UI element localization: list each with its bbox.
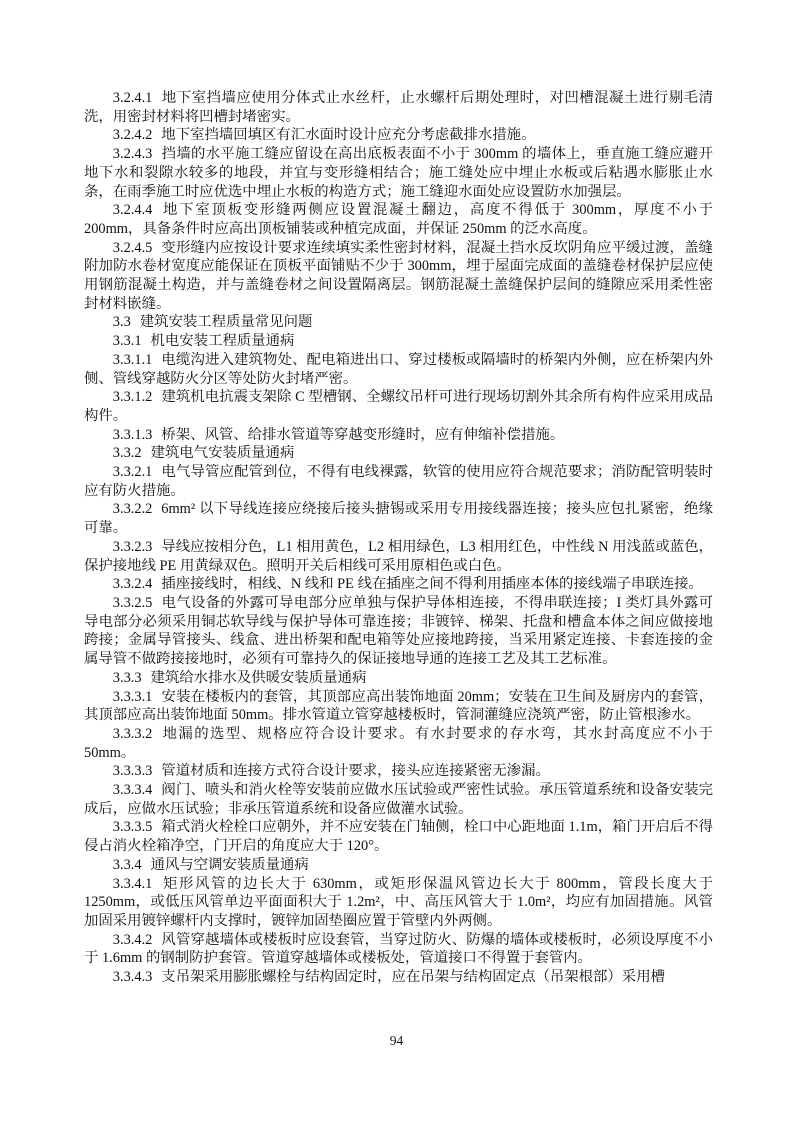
clause-text: 地下室顶板变形缝两侧应设置混凝土翻边，高度不得低于 300mm，厚度不小于 20… [84, 202, 713, 237]
clause-text: 6mm² 以下导线连接应绕接后接头搪锡或采用专用接线器连接；接头应包扎紧密，绝缘… [84, 501, 713, 536]
clause-text: 通风与空调安装质量通病 [151, 857, 309, 873]
paragraph-3-3-4: 3.3.4通风与空调安装质量通病 [84, 856, 713, 875]
clause-number: 3.3.3 [113, 670, 142, 686]
paragraph-3-2-4-2: 3.2.4.2地下室挡墙回填区有汇水面时设计应充分考虑截排水措施。 [84, 126, 713, 145]
clause-text: 箱式消火栓栓口应朝外，并不应安装在门轴侧，栓口中心距地面 1.1m，箱门开启后不… [84, 819, 713, 854]
paragraph-3-3-4-3: 3.3.4.3支吊架采用膨胀螺栓与结构固定时，应在吊架与结构固定点（吊架根部）采… [84, 968, 713, 987]
paragraph-3-3-3-3: 3.3.3.3管道材质和连接方式符合设计要求，接头应连接紧密无渗漏。 [84, 762, 713, 781]
clause-text: 地下室挡墙回填区有汇水面时设计应充分考虑截排水措施。 [161, 127, 535, 143]
clause-text: 电缆沟进入建筑物处、配电箱进出口、穿过楼板或隔墙时的桥架内外侧，应在桥架内外侧、… [84, 352, 713, 387]
paragraph-3-3-1-2: 3.3.1.2建筑机电抗震支架除 C 型槽钢、全螺纹吊杆可进行现场切割外其余所有… [84, 388, 713, 425]
page-number: 94 [0, 1033, 793, 1049]
clause-number: 3.3.1.3 [113, 427, 153, 443]
clause-number: 3.3.1.1 [113, 352, 153, 368]
clause-text: 风管穿越墙体或楼板时应设套管，当穿过防火、防爆的墙体或楼板时，必须设厚度不小于 … [84, 932, 713, 967]
paragraph-3-3-3-2: 3.3.3.2地漏的选型、规格应符合设计要求。有水封要求的存水弯，其水封高度应不… [84, 725, 713, 762]
clause-text: 建筑机电抗震支架除 C 型槽钢、全螺纹吊杆可进行现场切割外其余所有构件应采用成品… [84, 389, 713, 424]
clause-text: 管道材质和连接方式符合设计要求，接头应连接紧密无渗漏。 [161, 763, 550, 779]
paragraph-3-3-3-1: 3.3.3.1安装在楼板内的套管，其顶部应高出装饰地面 20mm；安装在卫生间及… [84, 688, 713, 725]
paragraph-3-2-4-1: 3.2.4.1地下室挡墙应使用分体式止水丝杆，止水螺杆后期处理时，对凹槽混凝土进… [84, 89, 713, 126]
clause-number: 3.3.2.1 [113, 464, 153, 480]
paragraph-3-3-4-2: 3.3.4.2风管穿越墙体或楼板时应设套管，当穿过防火、防爆的墙体或楼板时，必须… [84, 931, 713, 968]
clause-number: 3.3.1.2 [113, 389, 153, 405]
clause-text: 建筑给水排水及供暖安装质量通病 [151, 670, 367, 686]
paragraph-3-3-2-1: 3.3.2.1电气导管应配管到位，不得有电线裸露，软管的使用应符合规范要求；消防… [84, 463, 713, 500]
paragraph-3-3-2-3: 3.3.2.3导线应按相分色，L1 相用黄色，L2 相用绿色，L3 相用红色，中… [84, 538, 713, 575]
document-body: 3.2.4.1地下室挡墙应使用分体式止水丝杆，止水螺杆后期处理时，对凹槽混凝土进… [84, 89, 713, 987]
clause-number: 3.3.3.5 [113, 819, 153, 835]
document-page: 3.2.4.1地下室挡墙应使用分体式止水丝杆，止水螺杆后期处理时，对凹槽混凝土进… [0, 0, 793, 1122]
clause-text: 导线应按相分色，L1 相用黄色，L2 相用绿色，L3 相用红色，中性线 N 用浅… [84, 539, 713, 574]
clause-number: 3.3.3.4 [113, 782, 153, 798]
paragraph-3-2-4-4: 3.2.4.4地下室顶板变形缝两侧应设置混凝土翻边，高度不得低于 300mm，厚… [84, 201, 713, 238]
clause-number: 3.3.3.1 [113, 689, 153, 705]
paragraph-3-3-3-5: 3.3.3.5箱式消火栓栓口应朝外，并不应安装在门轴侧，栓口中心距地面 1.1m… [84, 818, 713, 855]
paragraph-3-3-4-1: 3.3.4.1矩形风管的边长大于 630mm，或矩形保温风管边长大于 800mm… [84, 875, 713, 931]
paragraph-3-2-4-3: 3.2.4.3挡墙的水平施工缝应留设在高出底板表面不小于 300mm 的墙体上，… [84, 145, 713, 201]
paragraph-3-3-3: 3.3.3建筑给水排水及供暖安装质量通病 [84, 669, 713, 688]
clause-text: 阀门、喷头和消火栓等安装前应做水压试验或严密性试验。承压管道系统和设备安装完成后… [84, 782, 713, 817]
clause-number: 3.3.3.2 [113, 726, 153, 742]
paragraph-3-3-1-3: 3.3.1.3桥架、风管、给排水管道等穿越变形缝时，应有伸缩补偿措施。 [84, 426, 713, 445]
clause-number: 3.2.4.1 [113, 90, 153, 106]
clause-number: 3.2.4.3 [113, 146, 153, 162]
clause-text: 电气设备的外露可导电部分应单独与保护导体相连接，不得串联连接；I 类灯具外露可导… [84, 595, 713, 667]
clause-text: 支吊架采用膨胀螺栓与结构固定时，应在吊架与结构固定点（吊架根部）采用槽 [161, 969, 665, 985]
clause-text: 安装在楼板内的套管，其顶部应高出装饰地面 20mm；安装在卫生间及厨房内的套管，… [84, 689, 713, 724]
clause-text: 桥架、风管、给排水管道等穿越变形缝时，应有伸缩补偿措施。 [161, 427, 564, 443]
clause-text: 地下室挡墙应使用分体式止水丝杆，止水螺杆后期处理时，对凹槽混凝土进行剔毛清洗，用… [84, 90, 713, 125]
clause-number: 3.3.4.1 [113, 876, 153, 892]
clause-number: 3.3.1 [113, 333, 142, 349]
paragraph-3-3-2-4: 3.3.2.4插座接线时，相线、N 线和 PE 线在插座之间不得利用插座本体的接… [84, 575, 713, 594]
clause-text: 矩形风管的边长大于 630mm，或矩形保温风管边长大于 800mm，管段长度大于… [84, 876, 713, 929]
clause-number: 3.2.4.5 [113, 240, 153, 256]
paragraph-3-3: 3.3建筑安装工程质量常见问题 [84, 313, 713, 332]
clause-number: 3.2.4.2 [113, 127, 153, 143]
clause-number: 3.3.2.5 [113, 595, 153, 611]
clause-number: 3.3.2.4 [113, 576, 153, 592]
clause-text: 地漏的选型、规格应符合设计要求。有水封要求的存水弯，其水封高度应不小于 50mm… [84, 726, 713, 761]
paragraph-3-3-2-5: 3.3.2.5电气设备的外露可导电部分应单独与保护导体相连接，不得串联连接；I … [84, 594, 713, 669]
paragraph-3-3-1: 3.3.1机电安装工程质量通病 [84, 332, 713, 351]
clause-number: 3.2.4.4 [113, 202, 153, 218]
paragraph-3-2-4-5: 3.2.4.5变形缝内应按设计要求连续填实柔性密封材料，混凝土挡水反坎阴角应平缓… [84, 239, 713, 314]
clause-number: 3.3.3.3 [113, 763, 153, 779]
clause-number: 3.3.4.2 [113, 932, 153, 948]
clause-number: 3.3 [113, 314, 131, 330]
clause-number: 3.3.2.2 [113, 501, 153, 517]
clause-text: 机电安装工程质量通病 [151, 333, 295, 349]
clause-text: 建筑安装工程质量常见问题 [140, 314, 313, 330]
clause-number: 3.3.2 [113, 445, 142, 461]
clause-text: 电气导管应配管到位，不得有电线裸露，软管的使用应符合规范要求；消防配管明装时应有… [84, 464, 713, 499]
clause-text: 变形缝内应按设计要求连续填实柔性密封材料，混凝土挡水反坎阴角应平缓过渡，盖缝附加… [84, 240, 713, 312]
paragraph-3-3-3-4: 3.3.3.4阀门、喷头和消火栓等安装前应做水压试验或严密性试验。承压管道系统和… [84, 781, 713, 818]
clause-number: 3.3.2.3 [113, 539, 153, 555]
clause-number: 3.3.4.3 [113, 969, 153, 985]
paragraph-3-3-2-2: 3.3.2.26mm² 以下导线连接应绕接后接头搪锡或采用专用接线器连接；接头应… [84, 500, 713, 537]
paragraph-3-3-2: 3.3.2建筑电气安装质量通病 [84, 444, 713, 463]
clause-number: 3.3.4 [113, 857, 142, 873]
clause-text: 挡墙的水平施工缝应留设在高出底板表面不小于 300mm 的墙体上，垂直施工缝应避… [84, 146, 713, 199]
clause-text: 插座接线时，相线、N 线和 PE 线在插座之间不得利用插座本体的接线端子串联连接… [161, 576, 703, 592]
clause-text: 建筑电气安装质量通病 [151, 445, 295, 461]
paragraph-3-3-1-1: 3.3.1.1电缆沟进入建筑物处、配电箱进出口、穿过楼板或隔墙时的桥架内外侧，应… [84, 351, 713, 388]
